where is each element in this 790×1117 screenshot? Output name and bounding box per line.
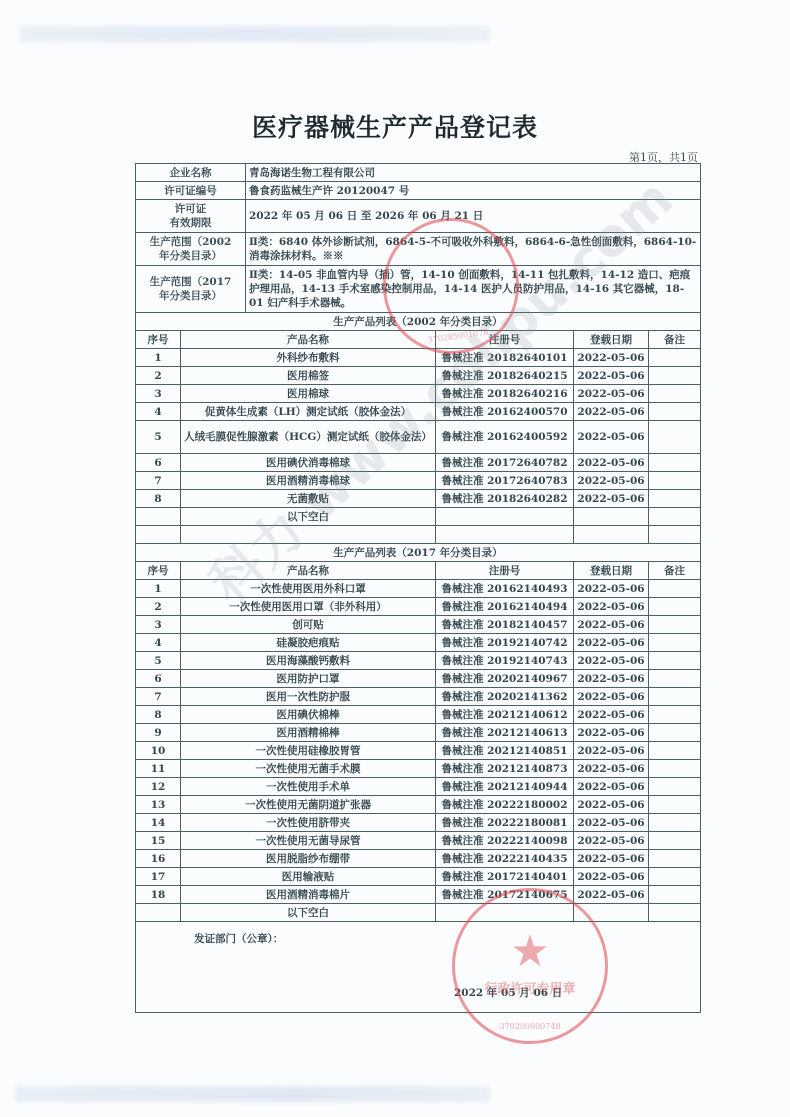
scope-2002-label: 生产范围（2002 年分类目录） — [136, 233, 246, 266]
row-no: 5 — [136, 421, 181, 454]
product-name: 医用碘伏消毒棉球 — [181, 454, 436, 472]
registration-date: 2022-05-06 — [574, 580, 649, 598]
registration-no: 鲁械注准 20212140873 — [436, 760, 574, 778]
remark — [649, 670, 701, 688]
registration-no: 鲁械注准 20162140493 — [436, 580, 574, 598]
scope-2017-label-line1: 生产范围（2017 — [139, 275, 242, 289]
product-name: 一次性使用医用口罩（非外科用） — [181, 598, 436, 616]
registration-date: 2022-05-06 — [574, 688, 649, 706]
product-name: 医用海藻酸钙敷料 — [181, 652, 436, 670]
registration-date: 2022-05-06 — [574, 760, 649, 778]
list-2002-title-row: 生产产品列表（2002 年分类目录） — [136, 313, 701, 331]
row-no: 1 — [136, 349, 181, 367]
table-row: 4促黄体生成素（LH）测定试纸（胶体金法）鲁械注准 20162400570202… — [136, 403, 701, 421]
row-no: 14 — [136, 814, 181, 832]
scan-artifact-bottom — [15, 1086, 490, 1102]
table-row: 10一次性使用硅橡胶胃管鲁械注准 202121408512022-05-06 — [136, 742, 701, 760]
registration-no: 鲁械注准 20182640216 — [436, 385, 574, 403]
col-reg-header: 注册号 — [436, 331, 574, 349]
product-name: 以下空白 — [181, 904, 436, 922]
table-row: 8医用碘伏棉棒鲁械注准 202121406122022-05-06 — [136, 706, 701, 724]
col-name-header: 产品名称 — [181, 562, 436, 580]
registration-no: 鲁械注准 20192140743 — [436, 652, 574, 670]
row-no: 2 — [136, 367, 181, 385]
product-name: 一次性使用手术单 — [181, 778, 436, 796]
product-name: 医用防护口罩 — [181, 670, 436, 688]
row-no: 13 — [136, 796, 181, 814]
registration-no: 鲁械注准 20202141362 — [436, 688, 574, 706]
row-no: 8 — [136, 706, 181, 724]
table-row: 6医用碘伏消毒棉球鲁械注准 201726407822022-05-06 — [136, 454, 701, 472]
registration-no: 鲁械注准 20162400592 — [436, 421, 574, 454]
remark — [649, 616, 701, 634]
remark — [649, 868, 701, 886]
scope-2017-label-line2: 年分类目录） — [139, 289, 242, 303]
product-name: 医用酒精消毒棉片 — [181, 886, 436, 904]
registration-date: 2022-05-06 — [574, 868, 649, 886]
product-name: 以下空白 — [181, 508, 436, 526]
registration-date: 2022-05-06 — [574, 349, 649, 367]
registration-table: 企业名称 青岛海诺生物工程有限公司 许可证编号 鲁食药监械生产许 2012004… — [135, 163, 701, 1013]
table-row: 6医用防护口罩鲁械注准 202021409672022-05-06 — [136, 670, 701, 688]
col-no-header: 序号 — [136, 562, 181, 580]
product-name: 一次性使用硅橡胶胃管 — [181, 742, 436, 760]
list-2017-title-row: 生产产品列表（2017 年分类目录） — [136, 544, 701, 562]
remark — [649, 724, 701, 742]
registration-no: 鲁械注准 20182640215 — [436, 367, 574, 385]
product-name: 促黄体生成素（LH）测定试纸（胶体金法） — [181, 403, 436, 421]
registration-no: 鲁械注准 20222140098 — [436, 832, 574, 850]
table-row: 以下空白 — [136, 904, 701, 922]
col-no-header: 序号 — [136, 331, 181, 349]
registration-date: 2022-05-06 — [574, 490, 649, 508]
registration-no: 鲁械注准 20182640282 — [436, 490, 574, 508]
remark — [649, 850, 701, 868]
registration-no: 鲁械注准 20212140944 — [436, 778, 574, 796]
remark — [649, 742, 701, 760]
registration-no: 鲁械注准 20182140457 — [436, 616, 574, 634]
remark — [649, 760, 701, 778]
table-row: 5人绒毛膜促性腺激素（HCG）测定试纸（胶体金法）鲁械注准 2016240059… — [136, 421, 701, 454]
registration-no: 鲁械注准 20162400570 — [436, 403, 574, 421]
col-remark-header: 备注 — [649, 331, 701, 349]
issuer-label: 发证部门（公章）： — [194, 932, 283, 946]
license-no-label: 许可证编号 — [136, 182, 246, 200]
registration-date: 2022-05-06 — [574, 634, 649, 652]
col-reg-header: 注册号 — [436, 562, 574, 580]
row-no: 15 — [136, 832, 181, 850]
table-row: 11一次性使用无菌手术膜鲁械注准 202121408732022-05-06 — [136, 760, 701, 778]
table-row: 9医用酒精棉棒鲁械注准 202121406132022-05-06 — [136, 724, 701, 742]
registration-date: 2022-05-06 — [574, 598, 649, 616]
remark — [649, 598, 701, 616]
remark — [649, 349, 701, 367]
registration-date: 2022-05-06 — [574, 403, 649, 421]
row-no: 10 — [136, 742, 181, 760]
registration-no: 鲁械注准 20222140435 — [436, 850, 574, 868]
table-row: 17医用输液贴鲁械注准 201721404012022-05-06 — [136, 868, 701, 886]
product-name: 创可贴 — [181, 616, 436, 634]
table-row: 15一次性使用无菌导尿管鲁械注准 202221400982022-05-06 — [136, 832, 701, 850]
registration-date: 2022-05-06 — [574, 742, 649, 760]
scope-2017-value: Ⅱ类：14-05 非血管内导（插）管，14-10 创面敷料，14-11 包扎敷料… — [246, 266, 701, 313]
company-label: 企业名称 — [136, 164, 246, 182]
row-no — [136, 904, 181, 922]
registration-no: 鲁械注准 20172640782 — [436, 454, 574, 472]
registration-no: 鲁械注准 20212140613 — [436, 724, 574, 742]
registration-no: 鲁械注准 20222180081 — [436, 814, 574, 832]
product-name: 医用碘伏棉棒 — [181, 706, 436, 724]
registration-no: 鲁械注准 20202140967 — [436, 670, 574, 688]
table-row: 7医用一次性防护服鲁械注准 202021413622022-05-06 — [136, 688, 701, 706]
remark — [649, 472, 701, 490]
registration-no: 鲁械注准 20212140851 — [436, 742, 574, 760]
validity-label-line2: 有效期限 — [139, 216, 242, 230]
row-no: 1 — [136, 580, 181, 598]
validity-label-line1: 许可证 — [139, 202, 242, 216]
registration-no: 鲁械注准 20172640783 — [436, 472, 574, 490]
registration-no: 鲁械注准 20172140401 — [436, 868, 574, 886]
scan-artifact-top — [20, 26, 490, 42]
registration-date: 2022-05-06 — [574, 454, 649, 472]
registration-date: 2022-05-06 — [574, 850, 649, 868]
table-row: 4硅凝胶疤痕贴鲁械注准 201921407422022-05-06 — [136, 634, 701, 652]
validity-label: 许可证 有效期限 — [136, 200, 246, 233]
registration-date: 2022-05-06 — [574, 886, 649, 904]
registration-date: 2022-05-06 — [574, 472, 649, 490]
product-name: 硅凝胶疤痕贴 — [181, 634, 436, 652]
remark — [649, 403, 701, 421]
product-name: 医用棉签 — [181, 367, 436, 385]
remark — [649, 526, 701, 544]
row-no: 4 — [136, 634, 181, 652]
registration-date: 2022-05-06 — [574, 778, 649, 796]
company-row: 企业名称 青岛海诺生物工程有限公司 — [136, 164, 701, 182]
remark — [649, 706, 701, 724]
registration-date: 2022-05-06 — [574, 652, 649, 670]
company-value: 青岛海诺生物工程有限公司 — [246, 164, 701, 182]
table-row: 16医用脱脂纱布绷带鲁械注准 202221404352022-05-06 — [136, 850, 701, 868]
registration-date: 2022-05-06 — [574, 724, 649, 742]
remark — [649, 385, 701, 403]
registration-no: 鲁械注准 20192140742 — [436, 634, 574, 652]
row-no: 18 — [136, 886, 181, 904]
product-name: 人绒毛膜促性腺激素（HCG）测定试纸（胶体金法） — [181, 421, 436, 454]
list-2002-title: 生产产品列表（2002 年分类目录） — [136, 313, 701, 331]
stamp-number: 370200000748 — [455, 1022, 605, 1031]
row-no: 9 — [136, 724, 181, 742]
table-row: 13一次性使用无菌阴道扩张器鲁械注准 202221800022022-05-06 — [136, 796, 701, 814]
row-no: 7 — [136, 688, 181, 706]
col-remark-header: 备注 — [649, 562, 701, 580]
product-name: 一次性使用医用外科口罩 — [181, 580, 436, 598]
registration-no: 鲁械注准 20172140675 — [436, 886, 574, 904]
registration-date: 2022-05-06 — [574, 706, 649, 724]
registration-date: 2022-05-06 — [574, 670, 649, 688]
row-no: 6 — [136, 454, 181, 472]
table-row: 1外科纱布敷料鲁械注准 201826401012022-05-06 — [136, 349, 701, 367]
issue-date: 2022 年 05 月 06 日 — [454, 986, 562, 1000]
registration-date: 2022-05-06 — [574, 814, 649, 832]
table-row: 5医用海藻酸钙敷料鲁械注准 201921407432022-05-06 — [136, 652, 701, 670]
validity-row: 许可证 有效期限 2022 年 05 月 06 日 至 2026 年 06 月 … — [136, 200, 701, 233]
product-name: 一次性使用无菌手术膜 — [181, 760, 436, 778]
table-row: 2医用棉签鲁械注准 201826402152022-05-06 — [136, 367, 701, 385]
registration-date — [574, 526, 649, 544]
validity-value: 2022 年 05 月 06 日 至 2026 年 06 月 21 日 — [246, 200, 701, 233]
scope-2002-label-line2: 年分类目录） — [139, 249, 242, 263]
product-name: 医用一次性防护服 — [181, 688, 436, 706]
registration-no: 鲁械注准 20212140612 — [436, 706, 574, 724]
table-row: 8无菌敷贴鲁械注准 201826402822022-05-06 — [136, 490, 701, 508]
registration-date: 2022-05-06 — [574, 367, 649, 385]
license-row: 许可证编号 鲁食药监械生产许 20120047 号 — [136, 182, 701, 200]
product-name: 医用酒精棉棒 — [181, 724, 436, 742]
remark — [649, 904, 701, 922]
remark — [649, 421, 701, 454]
footer-row: 发证部门（公章）： 2022 年 05 月 06 日 — [136, 922, 701, 1013]
list-2017-header: 序号 产品名称 注册号 登载日期 备注 — [136, 562, 701, 580]
table-row — [136, 526, 701, 544]
registration-date — [574, 904, 649, 922]
product-name: 外科纱布敷料 — [181, 349, 436, 367]
registration-no — [436, 526, 574, 544]
col-date-header: 登载日期 — [574, 331, 649, 349]
remark — [649, 688, 701, 706]
row-no: 2 — [136, 598, 181, 616]
registration-no — [436, 904, 574, 922]
table-row: 1一次性使用医用外科口罩鲁械注准 201621404932022-05-06 — [136, 580, 701, 598]
registration-date: 2022-05-06 — [574, 616, 649, 634]
remark — [649, 832, 701, 850]
table-row: 3创可贴鲁械注准 201821404572022-05-06 — [136, 616, 701, 634]
row-no: 3 — [136, 385, 181, 403]
remark — [649, 580, 701, 598]
remark — [649, 814, 701, 832]
product-name: 医用脱脂纱布绷带 — [181, 850, 436, 868]
remark — [649, 796, 701, 814]
registration-no: 鲁械注准 20222180002 — [436, 796, 574, 814]
registration-date: 2022-05-06 — [574, 421, 649, 454]
row-no — [136, 508, 181, 526]
row-no: 7 — [136, 472, 181, 490]
registration-date: 2022-05-06 — [574, 796, 649, 814]
row-no: 8 — [136, 490, 181, 508]
registration-date — [574, 508, 649, 526]
remark — [649, 634, 701, 652]
list-2002-header: 序号 产品名称 注册号 登载日期 备注 — [136, 331, 701, 349]
remark — [649, 508, 701, 526]
row-no: 16 — [136, 850, 181, 868]
document-title: 医疗器械生产产品登记表 — [0, 108, 790, 144]
table-row: 以下空白 — [136, 508, 701, 526]
row-no — [136, 526, 181, 544]
col-name-header: 产品名称 — [181, 331, 436, 349]
scope-2002-value: Ⅱ类：6840 体外诊断试剂，6864-5-不可吸收外科敷料，6864-6-急性… — [246, 233, 701, 266]
row-no: 11 — [136, 760, 181, 778]
scope-2017-row: 生产范围（2017 年分类目录） Ⅱ类：14-05 非血管内导（插）管，14-1… — [136, 266, 701, 313]
col-date-header: 登载日期 — [574, 562, 649, 580]
registration-no — [436, 508, 574, 526]
remark — [649, 778, 701, 796]
product-name: 一次性使用脐带夹 — [181, 814, 436, 832]
product-name: 无菌敷贴 — [181, 490, 436, 508]
product-name: 医用酒精消毒棉球 — [181, 472, 436, 490]
scope-2002-label-line1: 生产范围（2002 — [139, 235, 242, 249]
footer-cell: 发证部门（公章）： 2022 年 05 月 06 日 — [136, 922, 701, 1013]
scope-2002-row: 生产范围（2002 年分类目录） Ⅱ类：6840 体外诊断试剂，6864-5-不… — [136, 233, 701, 266]
license-no-value: 鲁食药监械生产许 20120047 号 — [246, 182, 701, 200]
table-row: 12一次性使用手术单鲁械注准 202121409442022-05-06 — [136, 778, 701, 796]
scope-2017-label: 生产范围（2017 年分类目录） — [136, 266, 246, 313]
registration-date: 2022-05-06 — [574, 832, 649, 850]
remark — [649, 490, 701, 508]
remark — [649, 652, 701, 670]
row-no: 17 — [136, 868, 181, 886]
table-row: 7医用酒精消毒棉球鲁械注准 201726407832022-05-06 — [136, 472, 701, 490]
registration-date: 2022-05-06 — [574, 385, 649, 403]
row-no: 3 — [136, 616, 181, 634]
row-no: 4 — [136, 403, 181, 421]
product-name: 一次性使用无菌阴道扩张器 — [181, 796, 436, 814]
list-2017-title: 生产产品列表（2017 年分类目录） — [136, 544, 701, 562]
registration-no: 鲁械注准 20162140494 — [436, 598, 574, 616]
table-row: 3医用棉球鲁械注准 201826402162022-05-06 — [136, 385, 701, 403]
row-no: 12 — [136, 778, 181, 796]
product-name: 一次性使用无菌导尿管 — [181, 832, 436, 850]
remark — [649, 886, 701, 904]
registration-no: 鲁械注准 20182640101 — [436, 349, 574, 367]
table-row: 2一次性使用医用口罩（非外科用）鲁械注准 201621404942022-05-… — [136, 598, 701, 616]
table-row: 14一次性使用脐带夹鲁械注准 202221800812022-05-06 — [136, 814, 701, 832]
remark — [649, 454, 701, 472]
product-name: 医用棉球 — [181, 385, 436, 403]
remark — [649, 367, 701, 385]
row-no: 6 — [136, 670, 181, 688]
product-name: 医用输液贴 — [181, 868, 436, 886]
row-no: 5 — [136, 652, 181, 670]
table-row: 18医用酒精消毒棉片鲁械注准 201721406752022-05-06 — [136, 886, 701, 904]
product-name — [181, 526, 436, 544]
